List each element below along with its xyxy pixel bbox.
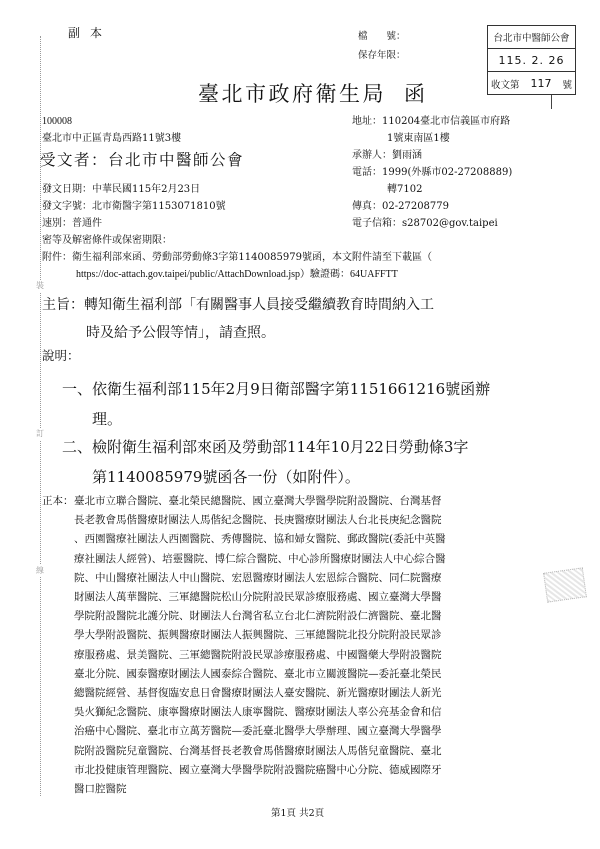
email[interactable]: s28702@gov.taipei xyxy=(402,218,498,229)
distribution-line: 院、中山醫療社團法人中山醫院、宏恩醫療財團法人宏恩綜合醫院、同仁院醫療 xyxy=(74,569,446,588)
distribution-line: 治癌中心醫院、臺北市立萬芳醫院—委託臺北醫學大學辦理、國立臺灣大學醫學 xyxy=(74,722,446,741)
officer-label: 承辦人： xyxy=(352,150,392,161)
item-marker: 二、 xyxy=(62,438,92,456)
retention-label: 保存年限： xyxy=(358,50,406,61)
attachment-row: 附件：衛生福利部來函、勞動部勞動條3字第1140085979號函，本文附件請至下… xyxy=(42,249,432,266)
stamp-suffix: 號 xyxy=(562,77,572,91)
issue-date-label: 發文日期： xyxy=(42,184,92,195)
item-line1: 依衛生福利部115年2月9日衛部醫字第1151661216號函辦 xyxy=(92,380,490,398)
secrecy-label: 密等及解密條件或保密期限： xyxy=(42,235,172,246)
attachment-label: 附件： xyxy=(42,252,72,263)
contact-address-line1: 110204臺北市信義區市府路 xyxy=(382,116,510,127)
phone-row: 電話：1999(外縣市02-27208889) xyxy=(352,164,512,181)
official-seal-icon xyxy=(543,567,587,602)
issue-date-row: 發文日期：中華民國115年2月23日 xyxy=(42,181,200,198)
binding-mark-xian: 線 xyxy=(34,565,46,577)
stamp-org: 台北市中醫師公會 xyxy=(488,26,575,49)
distribution-line: 長老教會馬偕醫療財團法人馬偕紀念醫院、長庚醫療財團法人台北長庚紀念醫院 xyxy=(74,511,446,530)
distribution-line: 、西園醫療社團法人西園醫院、秀傳醫院、協和婦女醫院、郵政醫院(委託中英醫 xyxy=(74,530,446,549)
distribution-line: 市北投健康管理醫院、國立臺灣大學醫學院附設醫院癌醫中心分院、德威國際牙 xyxy=(74,761,446,780)
attachment-line1: 衛生福利部來函、勞動部勞動條3字第1140085979號函，本文附件請至下載區（ xyxy=(72,252,432,263)
subject-block: 主旨：轉知衛生福利部「有關醫事人員接受繼續教育時間納入工 時及給予公假等情」，請… xyxy=(42,291,434,347)
page-indicator: 第1頁 共2頁 xyxy=(271,805,324,819)
phone-line1: 1999(外縣市02-27208889) xyxy=(382,167,512,178)
distribution-block: 正本： 臺北市立聯合醫院、臺北榮民總醫院、國立臺灣大學醫學院附設醫院、台灣基督 … xyxy=(42,492,74,511)
fax-label: 傳真： xyxy=(352,201,382,212)
distribution-line: 臺北分院、國泰醫療財團法人國泰綜合醫院、臺北市立關渡醫院—委託臺北榮民 xyxy=(74,665,446,684)
distribution-line: 總醫院經營、基督復臨安息日會醫療財團法人臺安醫院、新光醫療財團法人新光 xyxy=(74,684,446,703)
distribution-line: 吳火獅紀念醫院、康寧醫療財團法人康寧醫院、醫療財團法人辜公亮基金會和信 xyxy=(74,703,446,722)
distribution-line: 學院附設醫院北護分院、財團法人台灣省私立台北仁濟院附設仁濟醫院、臺北醫 xyxy=(74,607,446,626)
recipient-row: 受文者：台北市中醫師公會 xyxy=(40,148,244,170)
attachment-link[interactable]: https://doc-attach.gov.taipei/public/Att… xyxy=(76,266,398,283)
item-line1: 檢附衛生福利部來函及勞動部114年10月22日勞動條3字 xyxy=(92,438,468,456)
subject-line2: 時及給予公假等情」，請查照。 xyxy=(42,319,434,347)
stamp-date: 115. 2. 26 xyxy=(488,49,575,72)
explanation-item-2: 二、檢附衛生福利部來函及勞動部114年10月22日勞動條3字 第11400859… xyxy=(62,432,468,492)
sender-postal-code: 100008 xyxy=(42,113,72,130)
item-line2: 第1140085979號函各一份（如附件）。 xyxy=(62,462,468,492)
item-marker: 一、 xyxy=(62,380,92,398)
issue-date: 中華民國115年2月23日 xyxy=(92,184,200,195)
recipient-name: 台北市中醫師公會 xyxy=(108,151,244,169)
phone-label: 電話： xyxy=(352,167,382,178)
retention-row: 保存年限： xyxy=(358,47,406,61)
copy-label: 副本 xyxy=(68,24,112,41)
doc-number-label: 發文字號： xyxy=(42,201,92,212)
officer-name: 劉雨涵 xyxy=(392,150,422,161)
distribution-line: 療服務處、景美醫院、三軍總醫院附設民眾診療服務處、中國醫藥大學附設醫院 xyxy=(74,646,446,665)
contact-address-line2: 1號東南區1樓 xyxy=(387,130,450,147)
distribution-line: 醫口腔醫院 xyxy=(74,780,446,799)
item-line2: 理。 xyxy=(62,404,490,434)
sender-address: 臺北市中正區青島西路11號3樓 xyxy=(42,130,181,147)
contact-address-row: 地址：110204臺北市信義區市府路 xyxy=(352,113,510,130)
explanation-label: 說明： xyxy=(42,346,80,364)
stamp-tail-line xyxy=(551,95,552,109)
file-number-label: 檔 號： xyxy=(358,31,406,42)
fax-row: 傳真：02-27208779 xyxy=(352,198,449,215)
distribution-line: 院附設醫院兒童醫院、台灣基督長老教會馬偕醫療財團法人馬偕兒童醫院、臺北 xyxy=(74,742,446,761)
distribution-list: 臺北市立聯合醫院、臺北榮民總醫院、國立臺灣大學醫學院附設醫院、台灣基督 長老教會… xyxy=(74,492,446,799)
title-org: 臺北市政府衛生局 xyxy=(198,82,386,106)
fax: 02-27208779 xyxy=(382,201,449,212)
speed-label: 速別： xyxy=(42,218,72,229)
speed-row: 速別：普通件 xyxy=(42,215,102,232)
recipient-label: 受文者： xyxy=(40,151,108,169)
phone-extension: 轉7102 xyxy=(387,181,422,198)
distribution-line: 臺北市立聯合醫院、臺北榮民總醫院、國立臺灣大學醫學院附設醫院、台灣基督 xyxy=(74,492,446,511)
doc-number-row: 發文字號：北市衛醫字第1153071810號 xyxy=(42,198,226,215)
email-row: 電子信箱：s28702@gov.taipei xyxy=(352,215,498,232)
binding-mark-ding: 訂 xyxy=(34,428,46,440)
doc-number: 北市衛醫字第1153071810號 xyxy=(92,201,226,212)
document-title: 臺北市政府衛生局函 xyxy=(198,78,428,108)
distribution-line: 學大學附設醫院、振興醫療財團法人振興醫院、三軍總醫院北投分院附設民眾診 xyxy=(74,626,446,645)
title-kind: 函 xyxy=(404,82,428,106)
stamp-received-label: 收文第 xyxy=(491,77,520,91)
secrecy-row: 密等及解密條件或保密期限： xyxy=(42,232,172,249)
stamp-received-number: 117 xyxy=(531,77,552,90)
email-label: 電子信箱： xyxy=(352,218,402,229)
explanation-item-1: 一、依衛生福利部115年2月9日衛部醫字第1151661216號函辦 理。 xyxy=(62,374,490,434)
speed: 普通件 xyxy=(72,218,102,229)
distribution-line: 財團法人萬華醫院、三軍總醫院松山分院附設民眾診療服務處、國立臺灣大學醫 xyxy=(74,588,446,607)
distribution-label: 正本： xyxy=(42,495,74,507)
contact-address-label: 地址： xyxy=(352,116,382,127)
subject-line1: 轉知衛生福利部「有關醫事人員接受繼續教育時間納入工 xyxy=(84,297,434,313)
stamp-received-row: 收文第 117 號 xyxy=(488,72,575,95)
distribution-line: 療社團法人經營)、培靈醫院、博仁綜合醫院、中心診所醫療財團法人中心綜合醫 xyxy=(74,550,446,569)
file-number-row: 檔 號： xyxy=(358,28,406,42)
officer-row: 承辦人：劉雨涵 xyxy=(352,147,422,164)
subject-label: 主旨： xyxy=(42,297,84,313)
received-stamp: 台北市中醫師公會 115. 2. 26 收文第 117 號 xyxy=(487,25,576,95)
